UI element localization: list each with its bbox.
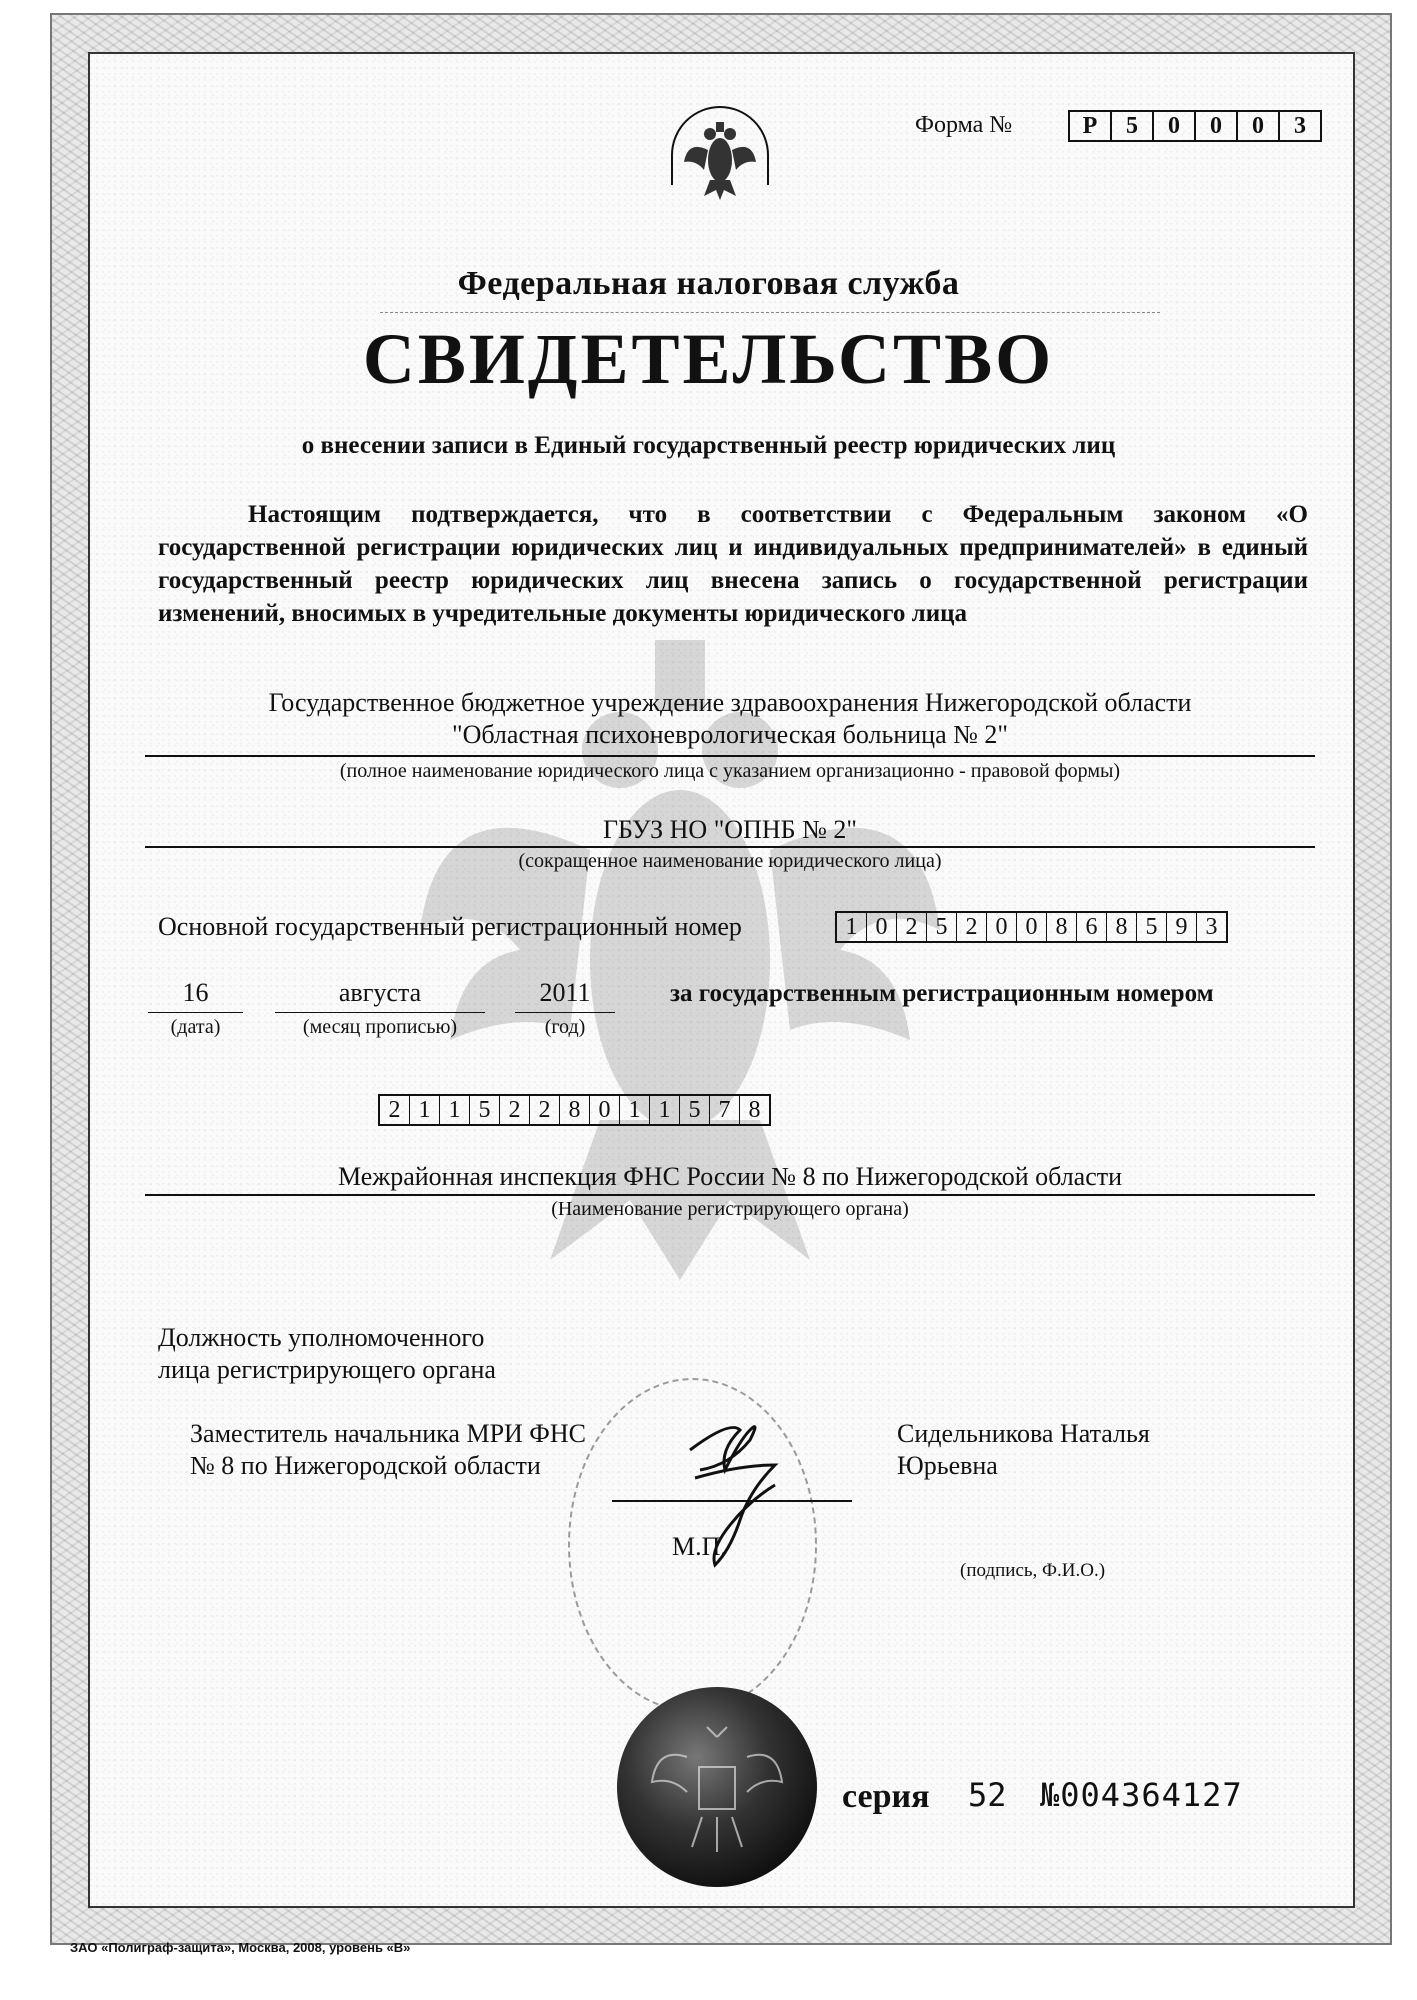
grn-digit: 5	[470, 1096, 500, 1124]
grn-digit: 2	[500, 1096, 530, 1124]
ogrn-digit: 9	[1167, 913, 1197, 941]
ogrn-digit: 0	[987, 913, 1017, 941]
ogrn-digit: 2	[897, 913, 927, 941]
record-day-caption: (дата)	[148, 1016, 243, 1039]
form-code-cell: 5	[1112, 112, 1154, 140]
grn-digit: 7	[710, 1096, 740, 1124]
hologram-seal	[617, 1687, 817, 1887]
grn-digit: 0	[590, 1096, 620, 1124]
entity-short-name-caption: (сокращенное наименование юридического л…	[145, 850, 1315, 873]
grn-digit: 1	[440, 1096, 470, 1124]
ogrn-digit: 3	[1197, 913, 1226, 941]
form-code-cell: 0	[1196, 112, 1238, 140]
entity-full-name-line2: "Областная психоневрологическая больница…	[145, 720, 1315, 750]
grn-digit: 1	[620, 1096, 650, 1124]
series-number: 52	[968, 1776, 1007, 1814]
certification-text: Настоящим подтверждается, что в соответс…	[158, 498, 1308, 630]
officer-position-label-line1: Должность уполномоченного	[158, 1322, 496, 1354]
registrar-name: Межрайонная инспекция ФНС России № 8 по …	[145, 1162, 1315, 1192]
form-code-cell: 3	[1280, 112, 1320, 140]
entity-short-name: ГБУЗ НО "ОПНБ № 2"	[145, 815, 1315, 845]
signature-icon	[600, 1410, 860, 1580]
ogrn-digit: 8	[1107, 913, 1137, 941]
record-day: 16	[148, 978, 243, 1008]
divider	[145, 846, 1315, 848]
signature-caption: (подпись, Ф.И.О.)	[960, 1560, 1105, 1582]
ogrn-digit: 5	[927, 913, 957, 941]
signature-line	[612, 1500, 852, 1502]
officer-position-line2: № 8 по Нижегородской области	[190, 1450, 586, 1482]
form-number-label: Форма №	[915, 112, 1012, 139]
grn-digit: 2	[530, 1096, 560, 1124]
grn-cells: 2 1 1 5 2 2 8 0 1 1 5 7 8	[378, 1094, 771, 1126]
form-number-cells: Р 5 0 0 0 3	[1068, 110, 1322, 142]
grn-digit: 8	[740, 1096, 769, 1124]
officer-name: Сидельникова Наталья Юрьевна	[897, 1418, 1150, 1482]
officer-position-label-line2: лица регистрирующего органа	[158, 1354, 496, 1386]
serial-number: №004364127	[1040, 1776, 1243, 1814]
divider	[148, 1012, 243, 1013]
ogrn-digit: 0	[1017, 913, 1047, 941]
officer-position-line1: Заместитель начальника МРИ ФНС	[190, 1418, 586, 1450]
record-month-caption: (месяц прописью)	[275, 1016, 485, 1039]
grn-digit: 1	[410, 1096, 440, 1124]
entity-full-name-line1: Государственное бюджетное учреждение здр…	[145, 688, 1315, 718]
grn-digit: 8	[560, 1096, 590, 1124]
document-subtitle: о внесении записи в Единый государственн…	[0, 432, 1417, 460]
ogrn-digit: 2	[957, 913, 987, 941]
agency-name: Федеральная налоговая служба	[0, 265, 1417, 303]
form-code-cell: Р	[1070, 112, 1112, 140]
grn-digit: 2	[380, 1096, 410, 1124]
officer-position-label: Должность уполномоченного лица регистрир…	[158, 1322, 496, 1386]
divider	[145, 755, 1315, 757]
ogrn-digit: 1	[837, 913, 867, 941]
stamp-place-label: М.П.	[672, 1532, 727, 1562]
grn-digit: 5	[680, 1096, 710, 1124]
ogrn-cells: 1 0 2 5 2 0 0 8 6 8 5 9 3	[835, 911, 1228, 943]
officer-name-line1: Сидельникова Наталья	[897, 1418, 1150, 1450]
ogrn-digit: 5	[1137, 913, 1167, 941]
ogrn-label: Основной государственный регистрационный…	[158, 912, 742, 942]
grn-digit: 1	[650, 1096, 680, 1124]
form-code-cell: 0	[1154, 112, 1196, 140]
record-year: 2011	[515, 978, 615, 1008]
divider	[145, 1194, 1315, 1196]
printer-note: ЗАО «Полиграф-защита», Москва, 2008, уро…	[70, 1940, 410, 1955]
series-label: серия	[842, 1778, 930, 1816]
divider	[515, 1012, 615, 1013]
emblem-icon	[660, 100, 780, 215]
eagle-hologram-icon	[617, 1687, 817, 1887]
ogrn-digit: 6	[1077, 913, 1107, 941]
entity-full-name-caption: (полное наименование юридического лица с…	[145, 760, 1315, 783]
ogrn-digit: 0	[867, 913, 897, 941]
ogrn-digit: 8	[1047, 913, 1077, 941]
record-year-caption: (год)	[515, 1016, 615, 1039]
officer-name-line2: Юрьевна	[897, 1450, 1150, 1482]
record-month: августа	[275, 978, 485, 1008]
document-title: СВИДЕТЕЛЬСТВО	[0, 318, 1417, 401]
officer-position: Заместитель начальника МРИ ФНС № 8 по Ни…	[190, 1418, 586, 1482]
divider	[380, 312, 1160, 313]
divider	[275, 1012, 485, 1013]
grn-label: за государственным регистрационным номер…	[670, 980, 1214, 1008]
registrar-caption: (Наименование регистрирующего органа)	[145, 1198, 1315, 1221]
form-code-cell: 0	[1238, 112, 1280, 140]
